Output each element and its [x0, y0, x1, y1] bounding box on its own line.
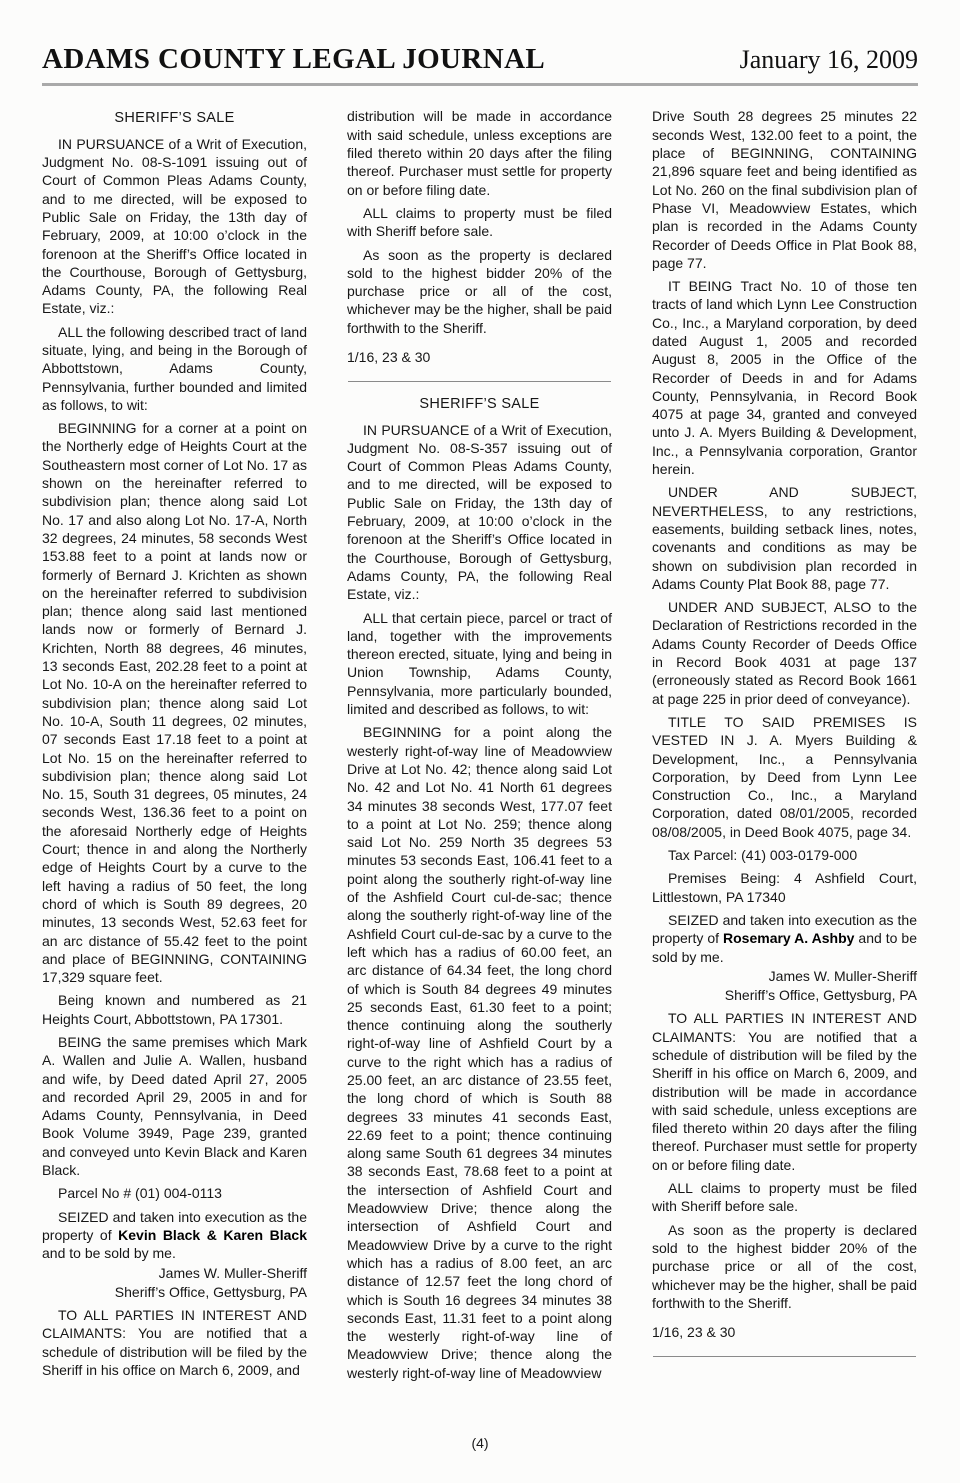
column-1: SHERIFF’S SALEIN PURSUANCE of a Writ of …: [42, 107, 307, 1379]
paragraph: Premises Being: 4 Ashfield Court, Little…: [652, 869, 917, 906]
paragraph: TO ALL PARTIES IN INTEREST AND CLAIMANTS…: [42, 1306, 307, 1379]
notice-heading: SHERIFF’S SALE: [347, 395, 612, 413]
paragraph: BEING the same premises which Mark A. Wa…: [42, 1033, 307, 1179]
notice-divider: [653, 1356, 916, 1357]
page-number: (4): [0, 1435, 960, 1451]
column-2: distribution will be made in accordance …: [347, 107, 612, 1382]
paragraph: ALL the following described tract of lan…: [42, 323, 307, 414]
paragraph: TITLE TO SAID PREMISES IS VESTED IN J. A…: [652, 713, 917, 841]
notice-heading: SHERIFF’S SALE: [42, 109, 307, 127]
paragraph: ALL that certain piece, parcel or tract …: [347, 609, 612, 719]
signature-line: James W. Muller-Sheriff: [42, 1264, 307, 1282]
paragraph: Being known and numbered as 21 Heights C…: [42, 991, 307, 1028]
defendant-name: Rosemary A. Ashby: [723, 930, 854, 946]
paragraph: Parcel No # (01) 004-0113: [42, 1184, 307, 1202]
paragraph: ALL claims to property must be filed wit…: [652, 1179, 917, 1216]
publication-dates: 1/16, 23 & 30: [347, 348, 612, 366]
paragraph: ALL claims to property must be filed wit…: [347, 204, 612, 241]
publication-dates: 1/16, 23 & 30: [652, 1323, 917, 1341]
signature-line: James W. Muller-Sheriff: [652, 967, 917, 985]
paragraph: As soon as the property is declared sold…: [652, 1221, 917, 1312]
paragraph: IN PURSUANCE of a Writ of Execution, Jud…: [347, 421, 612, 604]
paragraph-continued: distribution will be made in accordance …: [347, 107, 612, 198]
defendant-name: Kevin Black & Karen Black: [118, 1227, 307, 1243]
paragraph: IN PURSUANCE of a Writ of Execution, Jud…: [42, 135, 307, 318]
paragraph: BEGINNING for a corner at a point on the…: [42, 419, 307, 986]
paragraph: Tax Parcel: (41) 003-0179-000: [652, 846, 917, 864]
notice-divider: [348, 381, 611, 382]
text-run: and to be sold by me.: [42, 1245, 176, 1261]
issue-date: January 16, 2009: [740, 46, 918, 73]
paragraph: As soon as the property is declared sold…: [347, 246, 612, 337]
notice-columns: SHERIFF’S SALEIN PURSUANCE of a Writ of …: [42, 107, 918, 1382]
signature-line: Sheriff’s Office, Gettysburg, PA: [42, 1283, 307, 1301]
column-3: Drive South 28 degrees 25 minutes 22 sec…: [652, 107, 917, 1370]
masthead: ADAMS COUNTY LEGAL JOURNAL January 16, 2…: [42, 44, 918, 74]
paragraph: SEIZED and taken into execution as the p…: [42, 1208, 307, 1263]
paragraph: UNDER AND SUBJECT, ALSO to the Declarati…: [652, 598, 917, 708]
journal-page: ADAMS COUNTY LEGAL JOURNAL January 16, 2…: [0, 0, 960, 1382]
masthead-rule: [42, 83, 918, 86]
paragraph: BEGINNING for a point along the westerly…: [347, 723, 612, 1382]
paragraph: IT BEING Tract No. 10 of those ten tract…: [652, 277, 917, 478]
signature-line: Sheriff’s Office, Gettysburg, PA: [652, 986, 917, 1004]
paragraph: UNDER AND SUBJECT, NEVERTHELESS, to any …: [652, 483, 917, 593]
paragraph: TO ALL PARTIES IN INTEREST AND CLAIMANTS…: [652, 1009, 917, 1174]
paragraph-continued: Drive South 28 degrees 25 minutes 22 sec…: [652, 107, 917, 272]
paragraph: SEIZED and taken into execution as the p…: [652, 911, 917, 966]
journal-title: ADAMS COUNTY LEGAL JOURNAL: [42, 44, 545, 74]
